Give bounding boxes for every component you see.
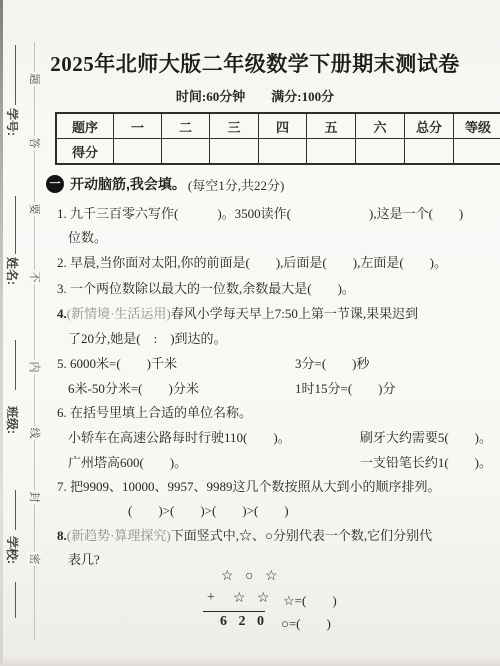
- field-name: 姓名:: [5, 257, 21, 303]
- seal-char: 线: [27, 426, 41, 440]
- question-3-line-1: 3. 一个两位数除以最大的一位数,余数最大是( )。: [57, 278, 355, 297]
- field-rule: [15, 582, 16, 618]
- field-rule: [15, 340, 16, 390]
- page-title: 2025年北师大版二年级数学下册期末测试卷: [40, 48, 470, 78]
- question-7-line-1: 7. 把9909、10000、9957、9989这几个数按照从大到小的顺序排列。: [57, 476, 441, 495]
- header-section-1: 一: [114, 113, 162, 139]
- question-5-line-2-right: 1时15分=( )分: [295, 378, 396, 397]
- score-table-header-row: 题序 一 二 三 四 五 六 总分 等级: [56, 113, 500, 139]
- score-cell-empty: [259, 139, 307, 165]
- field-student-id: 学号:: [5, 108, 21, 154]
- time-limit: 时间:60分钟: [176, 89, 245, 104]
- section-1-header: 一开动脑筋,我会填。(每空1分,共22分): [46, 174, 284, 194]
- section-number-badge: 一: [46, 175, 64, 193]
- seal-char: 题: [27, 72, 41, 86]
- question-6-line-2-left: 小轿车在高速公路每时行驶110( )。: [68, 427, 291, 446]
- question-6-line-3-left: 广州塔高600( )。: [68, 452, 187, 471]
- question-2-line-1: 2. 早晨,当你面对太阳,你的前面是( ),后面是( ),左面是( )。: [57, 252, 447, 271]
- field-rule: [15, 196, 16, 254]
- question-6-line-2-right: 刷牙大约需要5( )。: [360, 427, 492, 446]
- row-label-score: 得分: [56, 139, 114, 165]
- question-8-line-2: 表几?: [68, 549, 100, 568]
- question-5-line-1-left: 5. 6000米=( )千米: [57, 353, 177, 372]
- question-7-answer-line: ( )>( )>( )>( ): [128, 500, 289, 519]
- score-cell-empty: [114, 139, 162, 165]
- star-equation: ☆=( ): [283, 590, 337, 609]
- vform-plus-sign: +: [207, 590, 215, 606]
- exam-paper-scan: { "paper": { "title": "2025年北师大版二年级数学下册期…: [0, 0, 500, 666]
- seal-char: 内: [27, 360, 41, 374]
- seal-char: 封: [27, 490, 41, 504]
- seal-char: 答: [27, 136, 41, 150]
- question-4-line-2: 了20分,她是( : )到达的。: [68, 328, 227, 347]
- question-5-line-1-right: 3分=( )秒: [295, 353, 370, 372]
- header-section-5: 五: [307, 113, 356, 139]
- score-cell-empty: [210, 139, 259, 165]
- question-6-line-1: 6. 在括号里填上合适的单位名称。: [57, 402, 252, 421]
- question-1-line-1: 1. 九千三百零六写作( )。3500读作( ),这是一个( ): [57, 203, 463, 222]
- vform-sum-rule: [203, 611, 265, 612]
- field-class: 班级:: [5, 406, 21, 452]
- question-4-number: 4.: [57, 306, 67, 321]
- score-cell-empty: [162, 139, 210, 165]
- section-points-note: (每空1分,共22分): [188, 178, 284, 193]
- score-table: 题序 一 二 三 四 五 六 总分 等级 得分: [55, 112, 500, 165]
- header-total: 总分: [405, 113, 454, 139]
- field-school: 学校:: [5, 536, 21, 582]
- vform-addend-bottom: ☆ ☆: [233, 590, 274, 607]
- question-5-line-2-left: 6米-50分米=( )分米: [68, 378, 199, 397]
- header-section-2: 二: [162, 113, 210, 139]
- field-rule: [15, 45, 16, 105]
- score-cell-empty: [307, 139, 356, 165]
- header-section-4: 四: [259, 113, 307, 139]
- photo-bottom-edge: [0, 656, 500, 666]
- full-score: 满分:100分: [271, 89, 334, 104]
- question-4-line-1: 4.(新情境·生活运用)春风小学每天早上7:50上第一节课,果果迟到: [57, 303, 418, 322]
- exam-meta: 时间:60分钟满分:100分: [40, 86, 470, 105]
- question-4-text: 春风小学每天早上7:50上第一节课,果果迟到: [171, 306, 418, 321]
- seal-char: 要: [27, 202, 41, 216]
- question-8-number: 8.: [57, 528, 67, 543]
- score-cell-empty: [405, 139, 454, 165]
- photo-left-edge: [0, 0, 3, 666]
- seal-char: 密: [27, 552, 41, 566]
- question-8-text: 下面竖式中,☆、○分别代表一个数,它们分别代: [171, 528, 432, 543]
- seal-line: [34, 42, 35, 640]
- header-section-6: 六: [356, 113, 405, 139]
- header-section-3: 三: [210, 113, 259, 139]
- section-title: 开动脑筋,我会填。: [70, 176, 186, 192]
- seal-char: 不: [27, 270, 41, 284]
- vform-sum: 6 2 0: [220, 614, 268, 630]
- question-1-line-2: 位数。: [68, 227, 107, 246]
- header-grade: 等级: [454, 113, 500, 139]
- question-4-tag: (新情境·生活运用): [67, 306, 171, 321]
- question-6-line-3-right: 一支铅笔长约1( )。: [360, 452, 492, 471]
- score-cell-empty: [454, 139, 500, 165]
- score-table-score-row: 得分: [56, 139, 500, 165]
- question-8-tag: (新趋势·算理探究): [67, 528, 171, 543]
- question-8-line-1: 8.(新趋势·算理探究)下面竖式中,☆、○分别代表一个数,它们分别代: [57, 525, 432, 544]
- vform-addend-top: ☆ ○ ☆: [221, 568, 282, 585]
- circle-equation: ○=( ): [281, 613, 331, 632]
- field-rule: [15, 490, 16, 530]
- score-cell-empty: [356, 139, 405, 165]
- header-question-order: 题序: [56, 113, 114, 139]
